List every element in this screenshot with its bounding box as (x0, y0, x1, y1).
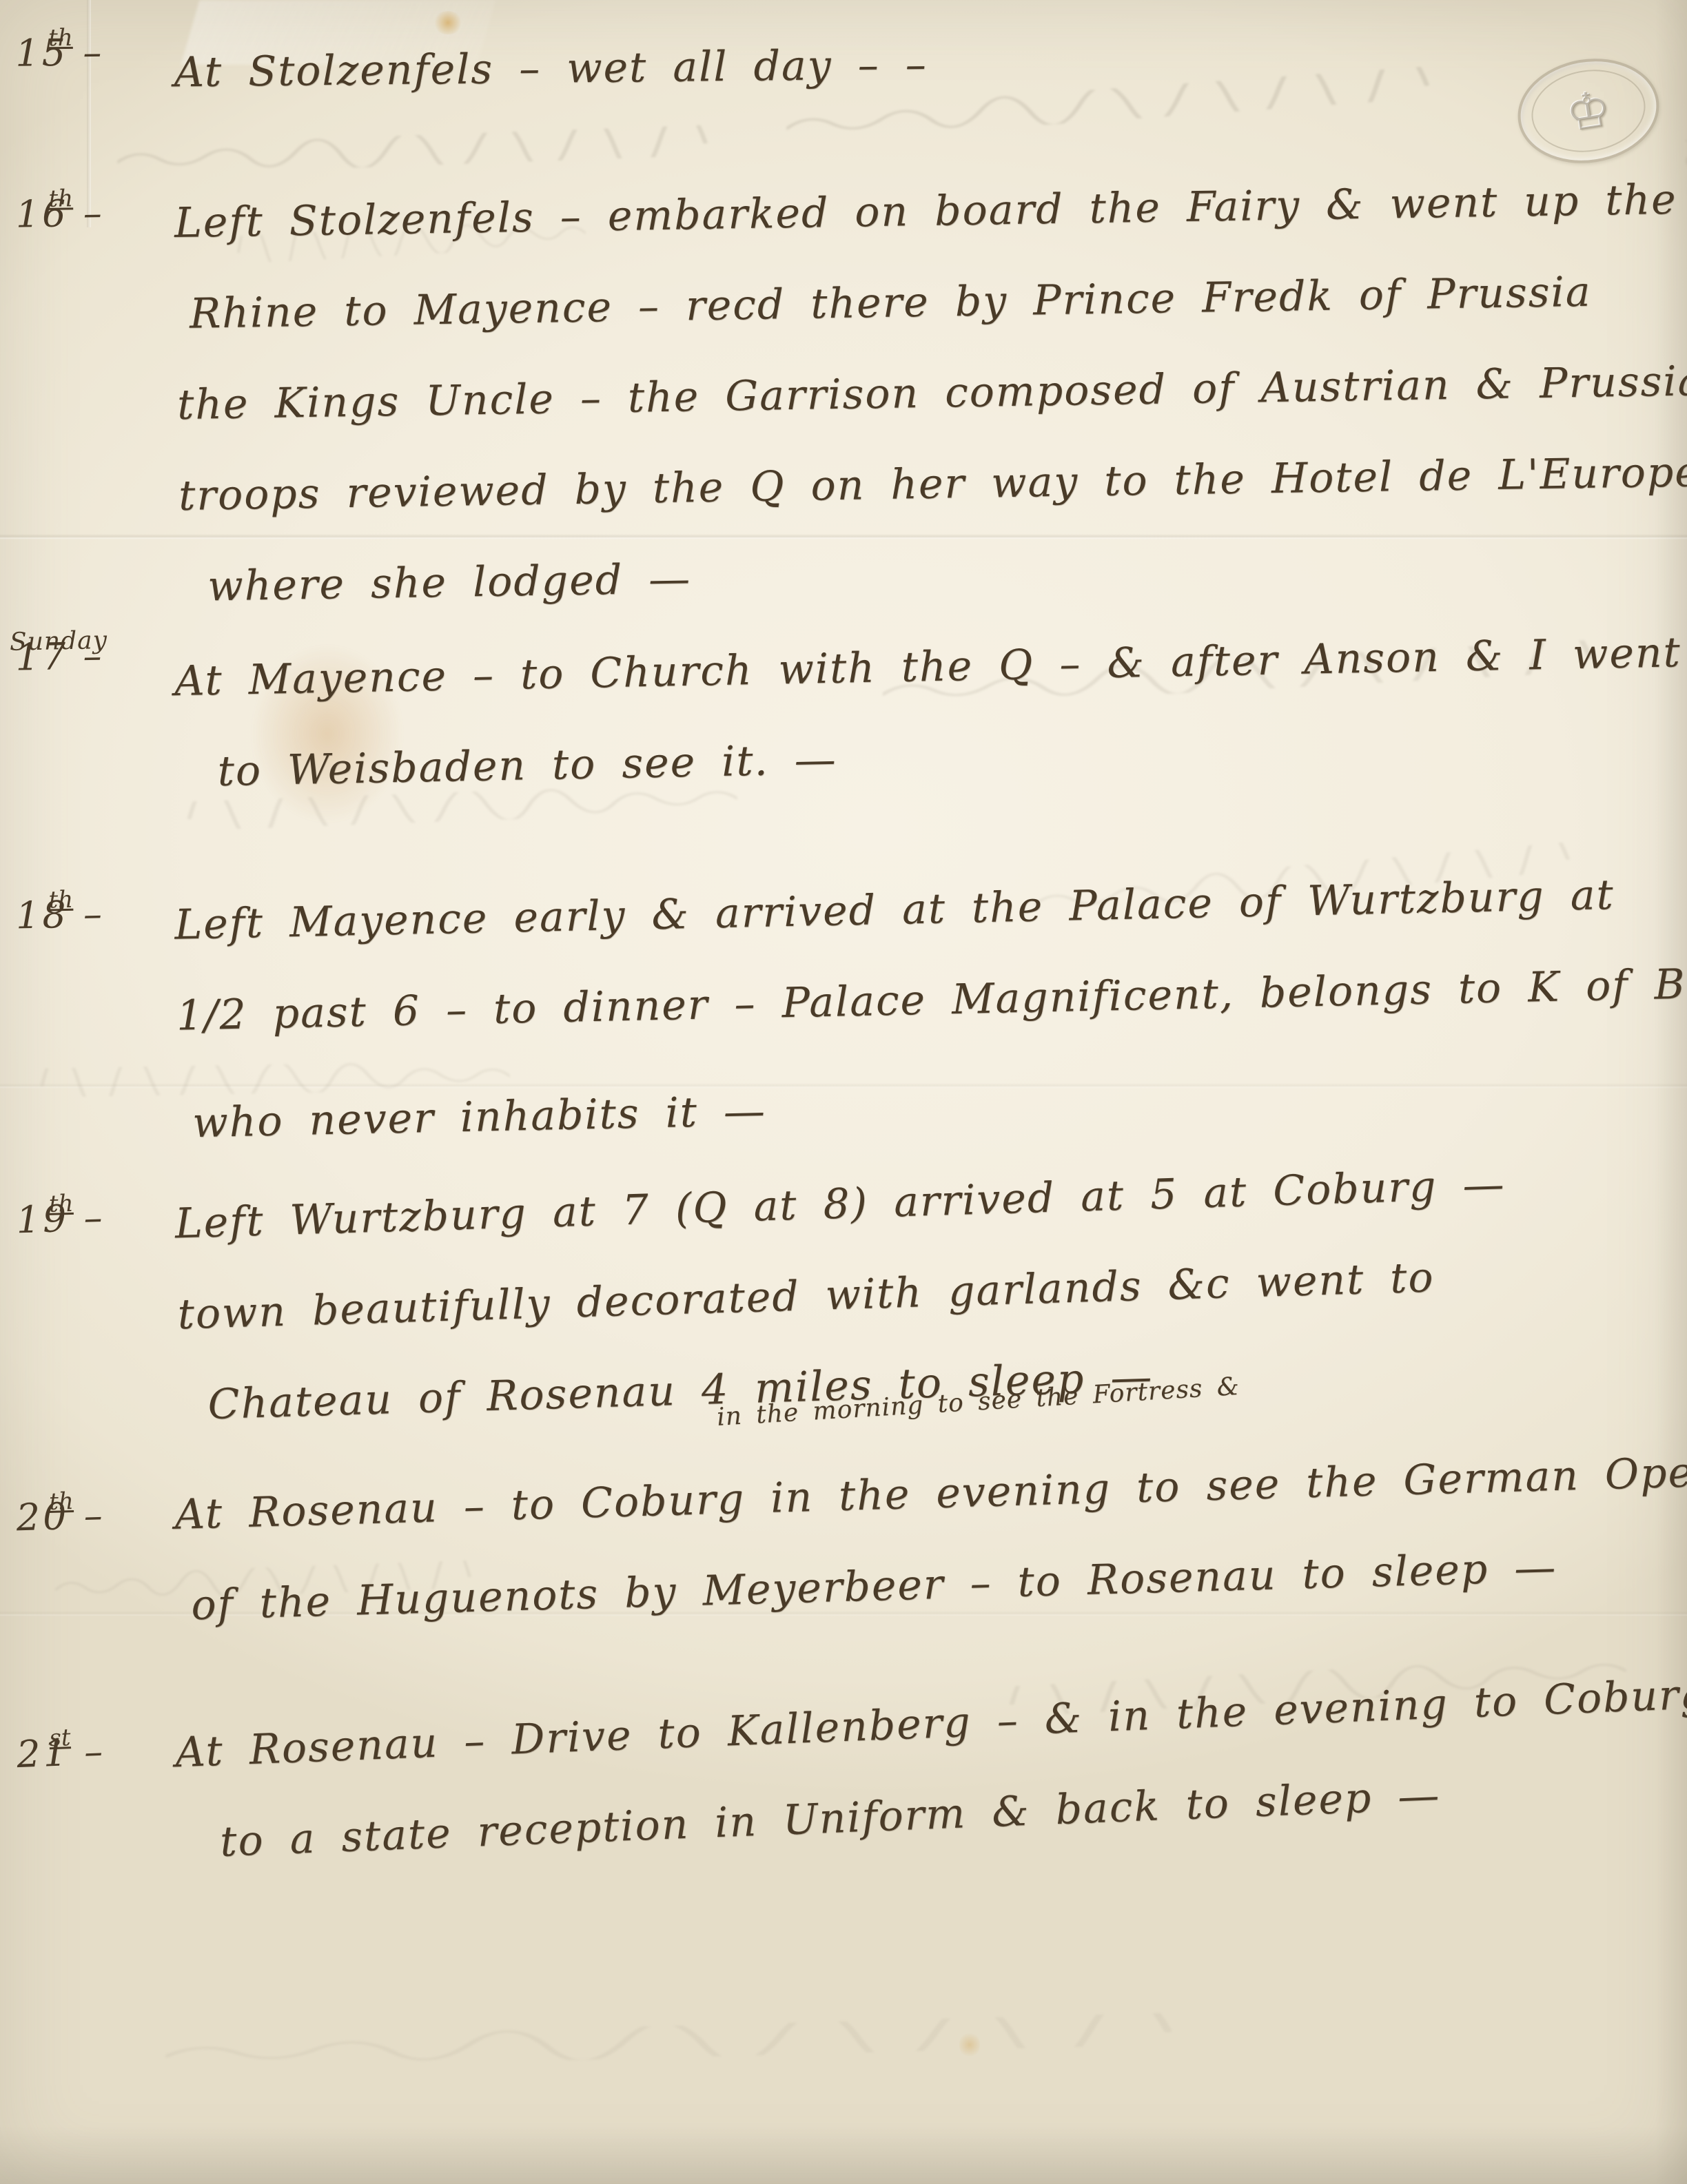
date-dash: – (83, 1494, 106, 1538)
diary-entry-18th: th 18 – Left Mayence early & arrived at … (0, 848, 1687, 1173)
diary-entry-17th: Sunday 17 – At Mayence – to Church with … (0, 607, 1687, 821)
date-number-text: 20 (16, 1494, 70, 1539)
date-number: 17 – (15, 632, 167, 679)
date-number-text: 15 (15, 31, 68, 75)
manuscript-page: ♔ th 15 – At Stolzenfels – wet all day –… (0, 0, 1687, 2184)
date-dash: – (83, 1196, 105, 1240)
date-number-text: 18 (15, 893, 69, 938)
show-through-marks (165, 2012, 1200, 2070)
entry-date: Sunday 17 – (15, 625, 167, 679)
date-dash: – (83, 892, 105, 936)
date-number: 15 – (15, 30, 167, 74)
date-number: 18 – (15, 891, 167, 938)
show-through-marks (117, 125, 724, 176)
date-dash: – (83, 1729, 106, 1773)
date-number: 20 – (16, 1492, 169, 1539)
date-number: 21 – (16, 1727, 169, 1776)
date-number-text: 16 (15, 192, 69, 236)
entry-text: At Mayence – to Church with the Q – & af… (174, 608, 1663, 818)
date-number-text: 21 (16, 1731, 70, 1776)
entry-text: Left Mayence early & arrived at the Pala… (174, 849, 1665, 1169)
entry-date: th 19 – (16, 1199, 169, 1242)
date-number: 16 – (15, 190, 167, 236)
diary-entry-15th: th 15 – At Stolzenfels – wet all day – – (0, 11, 1687, 120)
entry-date: th 20 – (16, 1497, 168, 1539)
entry-text: in the morning to see the Fortress & At … (174, 1428, 1664, 1651)
diary-entry-21st: st 21 – At Rosenau – Drive to Kallenberg… (0, 1649, 1687, 1896)
date-dash: – (83, 30, 105, 74)
date-dash: – (83, 192, 105, 235)
entry-date: th 18 – (15, 896, 167, 938)
entry-date: th 15 – (15, 35, 167, 74)
entry-date: th 16 – (15, 196, 167, 236)
date-number-text: 17 (15, 635, 69, 679)
entry-text: At Rosenau – Drive to Kallenberg – & in … (174, 1651, 1666, 1890)
diary-entry-20th: th 20 – in the morning to see the Fortre… (0, 1428, 1687, 1656)
date-dash: – (83, 634, 105, 678)
entry-text: Left Stolzenfels – embarked on board the… (174, 154, 1666, 632)
date-number-text: 19 (16, 1197, 70, 1242)
diary-entry-16th: th 16 – Left Stolzenfels – embarked on b… (0, 154, 1687, 635)
text-line: At Stolzenfels – wet all day – – (174, 12, 1660, 119)
entry-text: At Stolzenfels – wet all day – – (174, 12, 1660, 119)
date-number: 19 – (16, 1194, 169, 1242)
entry-date: st 21 – (16, 1733, 169, 1776)
page-edge-shading (0, 2126, 1687, 2184)
